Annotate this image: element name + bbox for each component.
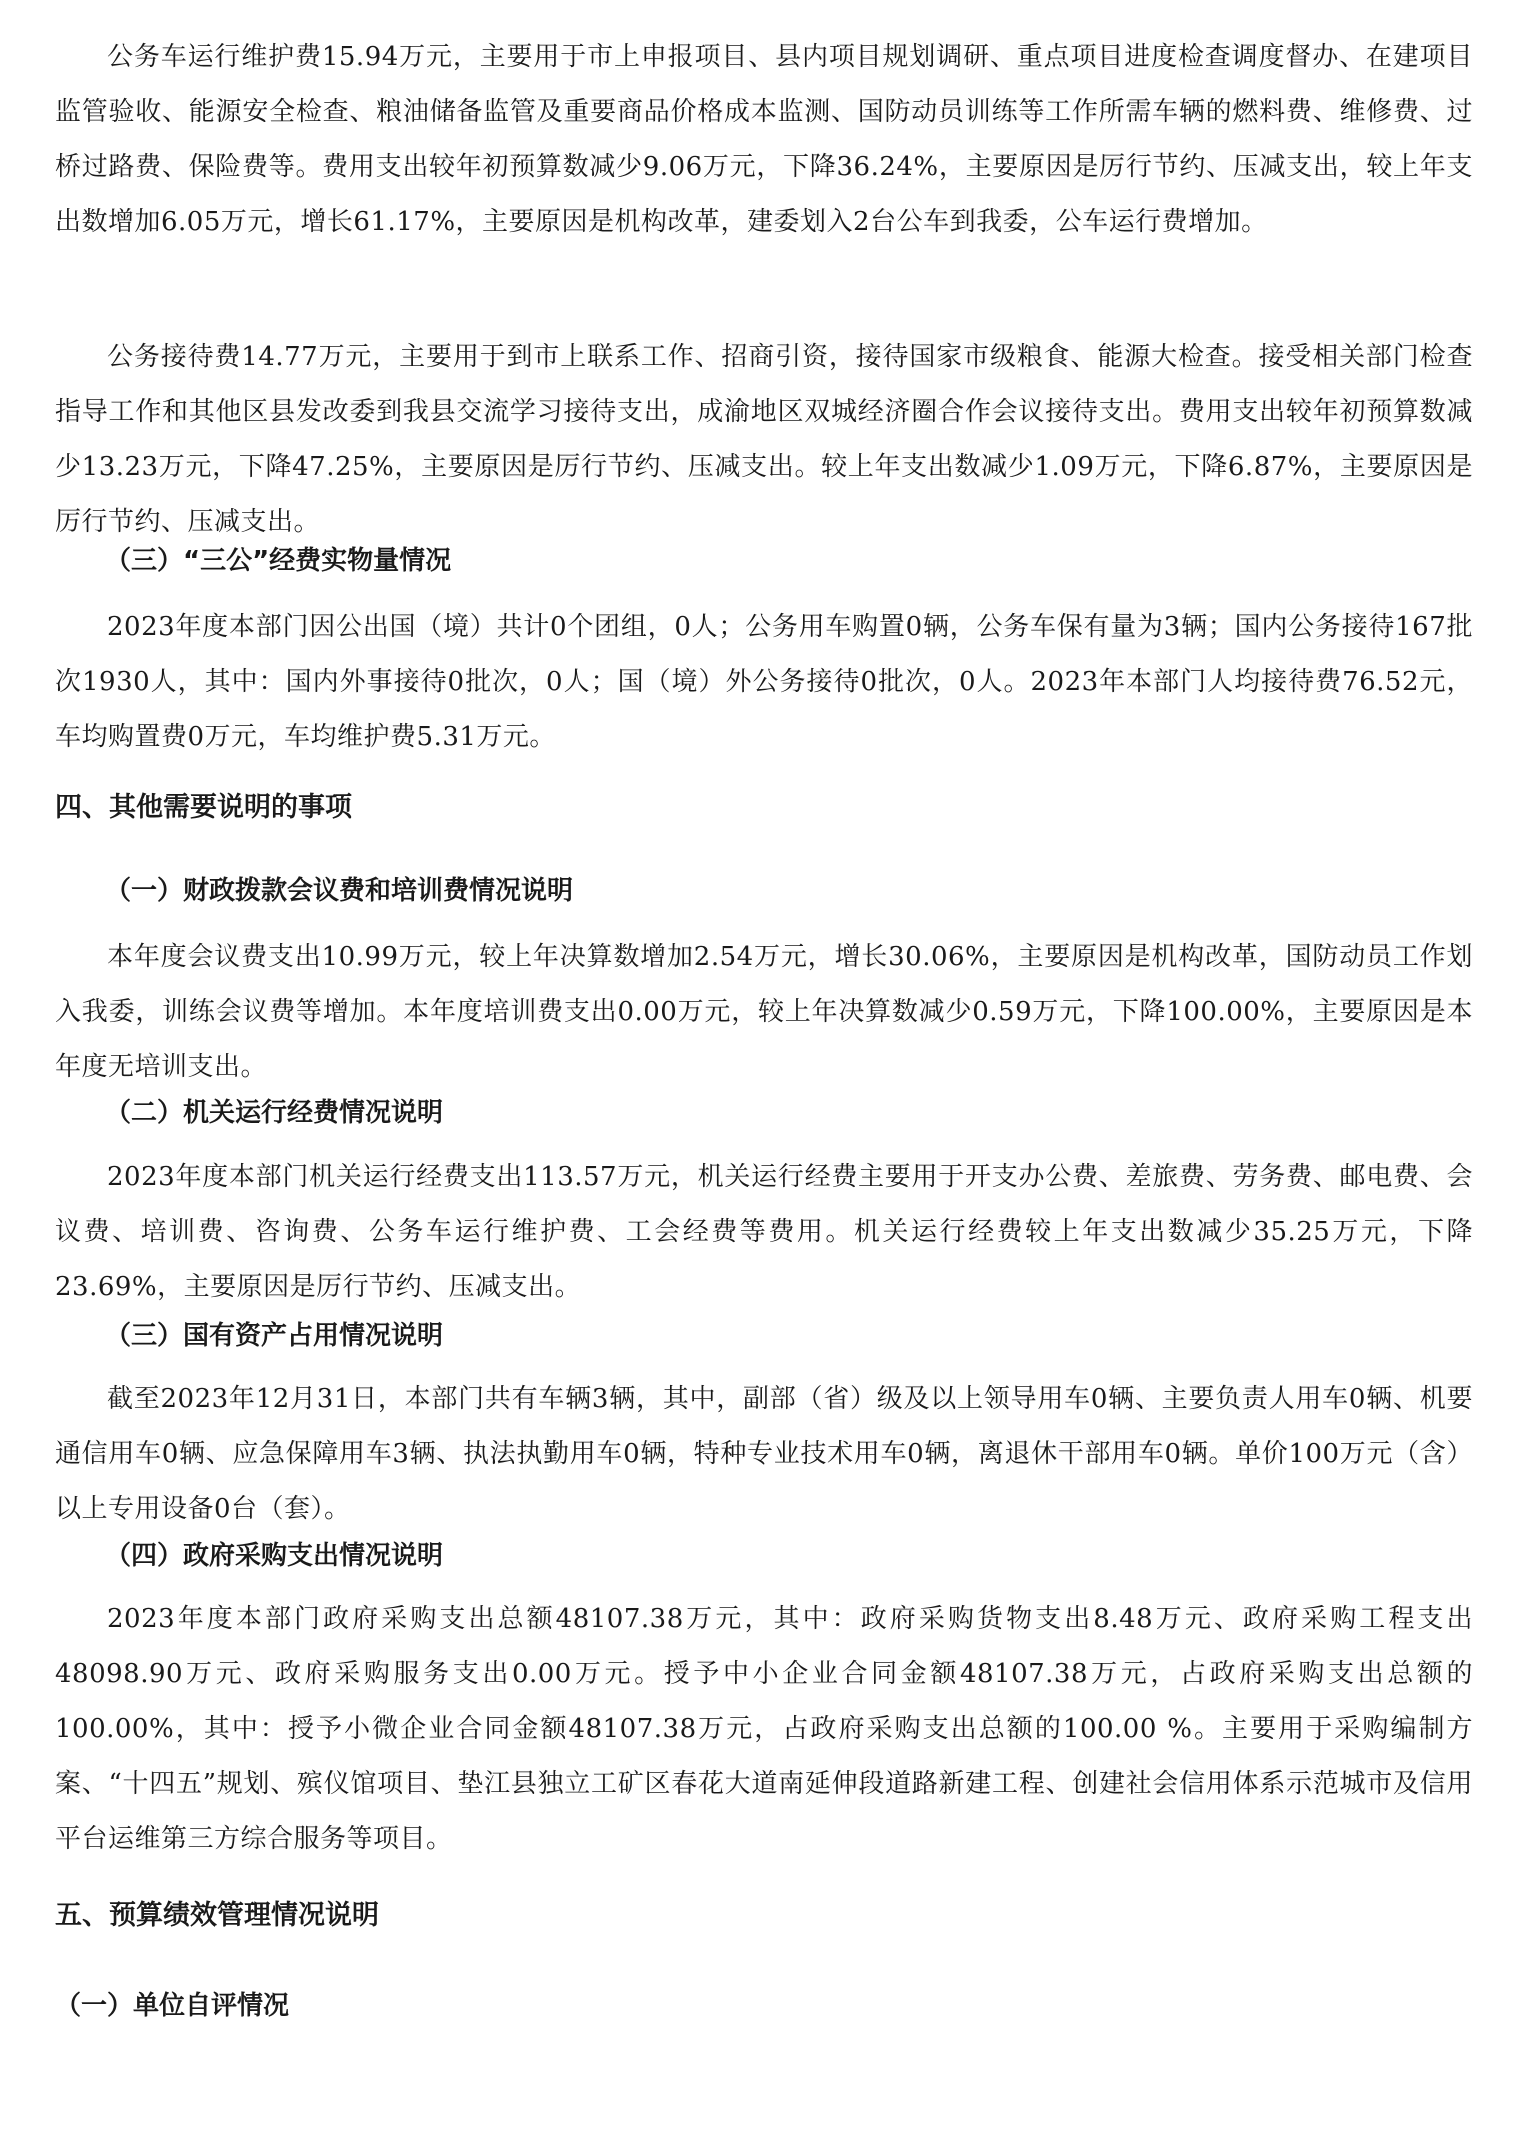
paragraph-vehicle-maintenance: 公务车运行维护费15.94万元，主要用于市上申报项目、县内项目规划调研、重点项目… <box>55 30 1473 250</box>
heading-procurement: （四）政府采购支出情况说明 <box>105 1535 443 1572</box>
section-heading-five: 五、预算绩效管理情况说明 <box>55 1893 379 1932</box>
heading-meeting-training: （一）财政拨款会议费和培训费情况说明 <box>105 870 573 907</box>
heading-self-evaluation: （一）单位自评情况 <box>55 1985 289 2022</box>
section-heading-four: 四、其他需要说明的事项 <box>55 785 352 824</box>
heading-state-assets: （三）国有资产占用情况说明 <box>105 1315 443 1352</box>
paragraph-procurement: 2023年度本部门政府采购支出总额48107.38万元，其中：政府采购货物支出8… <box>55 1592 1473 1867</box>
paragraph-reception: 公务接待费14.77万元，主要用于到市上联系工作、招商引资，接待国家市级粮食、能… <box>55 330 1473 550</box>
paragraph-operating-funds: 2023年度本部门机关运行经费支出113.57万元，机关运行经费主要用于开支办公… <box>55 1150 1473 1315</box>
heading-operating-funds: （二）机关运行经费情况说明 <box>105 1092 443 1129</box>
heading-three-public-physical: （三）“三公”经费实物量情况 <box>105 540 451 577</box>
paragraph-state-assets: 截至2023年12月31日，本部门共有车辆3辆，其中，副部（省）级及以上领导用车… <box>55 1372 1473 1537</box>
paragraph-meeting-training: 本年度会议费支出10.99万元，较上年决算数增加2.54万元，增长30.06%，… <box>55 930 1473 1095</box>
paragraph-three-public-physical: 2023年度本部门因公出国（境）共计0个团组，0人；公务用车购置0辆，公务车保有… <box>55 600 1473 765</box>
